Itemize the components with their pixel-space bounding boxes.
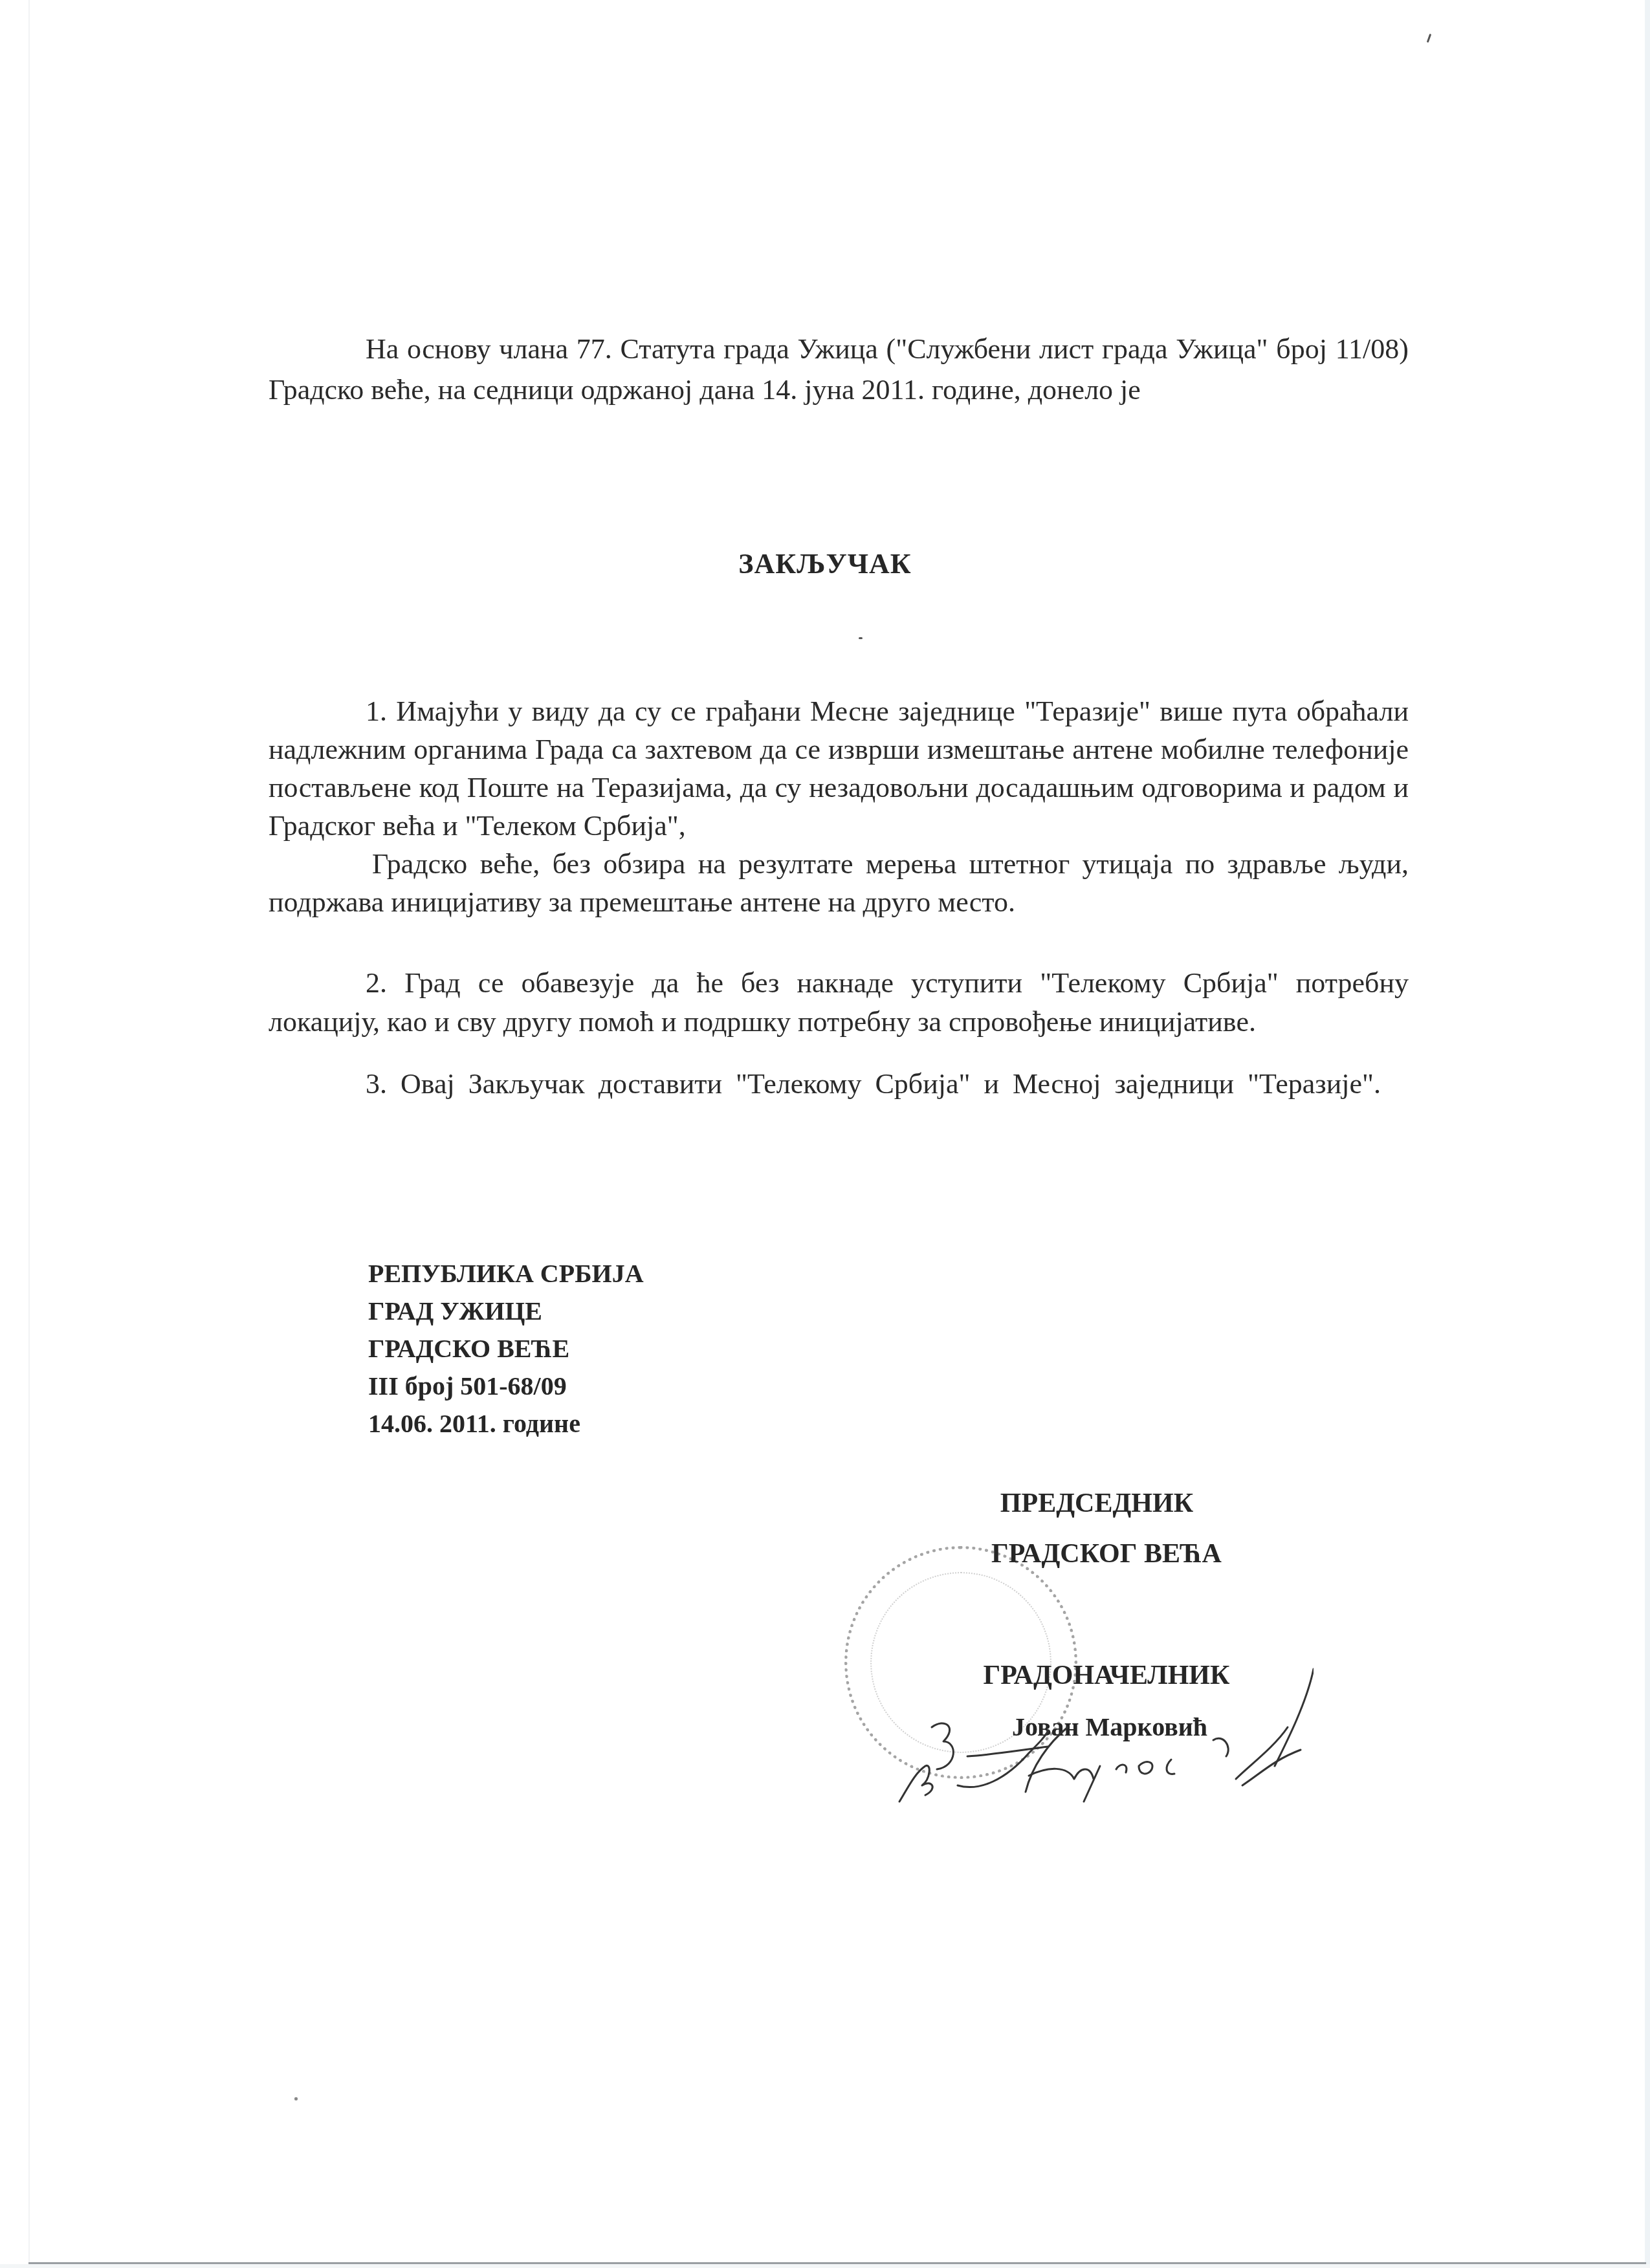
scanned-document-page: На основу члана 77. Статута града Ужица … — [0, 0, 1650, 2268]
item-3: 3. Овај Закључак доставити "Телекому Срб… — [269, 1066, 1409, 1102]
document-title: ЗАКЉУЧАК — [0, 547, 1650, 580]
preamble-text: На основу члана 77. Статута града Ужица … — [269, 329, 1409, 410]
handwritten-signature-icon — [861, 1572, 1314, 1805]
scan-edge-left — [28, 0, 30, 2264]
issuer-reference: III број 501-68/09 — [368, 1368, 644, 1405]
issuer-country: РЕПУБЛИКА СРБИЈА — [368, 1255, 644, 1292]
issuer-block: РЕПУБЛИКА СРБИЈА ГРАД УЖИЦЕ ГРАДСКО ВЕЋЕ… — [368, 1255, 644, 1443]
issuer-date: 14.06. 2011. године — [368, 1405, 644, 1443]
signatory-title-line2: ГРАДСКОГ ВЕЋА — [958, 1538, 1255, 1569]
item-2: 2. Град се обавезује да ће без накнаде у… — [269, 964, 1409, 1041]
issuer-city: ГРАД УЖИЦЕ — [368, 1292, 644, 1330]
scan-speck — [294, 2097, 298, 2100]
scan-speck — [859, 637, 863, 639]
item-3-text: 3. Овај Закључак доставити "Телекому Срб… — [269, 1066, 1409, 1102]
preamble-paragraph: На основу члана 77. Статута града Ужица … — [269, 329, 1409, 410]
item-1-continuation: Градско веће, без обзира на резултате ме… — [269, 845, 1409, 921]
item-1-text: 1. Имајући у виду да су се грађани Месне… — [269, 692, 1409, 845]
issuer-council: ГРАДСКО ВЕЋЕ — [368, 1330, 644, 1368]
item-1: 1. Имајући у виду да су се грађани Месне… — [269, 692, 1409, 921]
signatory-title-line1: ПРЕДСЕДНИК — [958, 1488, 1236, 1519]
item-2-text: 2. Град се обавезује да ће без накнаде у… — [269, 964, 1409, 1041]
scan-edge-right — [1645, 0, 1650, 2268]
scan-speck — [1427, 34, 1432, 43]
scan-edge-bottom-strip — [0, 2264, 1650, 2268]
